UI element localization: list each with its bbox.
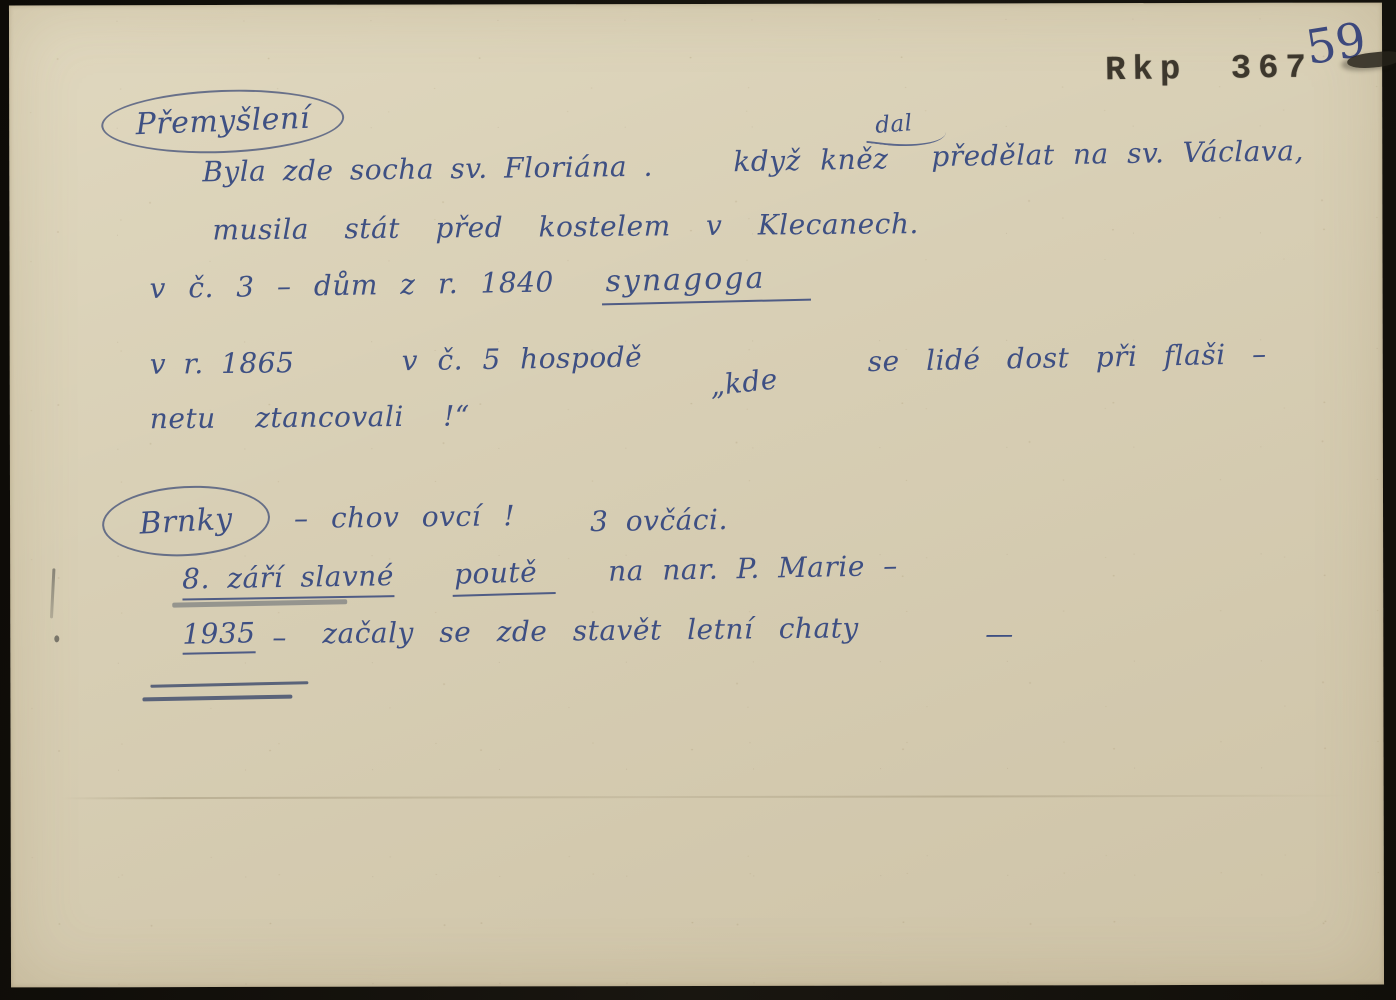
heading-premysleni: Přemyšlení xyxy=(135,101,311,142)
paper-crease xyxy=(61,795,1354,800)
brnky-line-3d-dash: — xyxy=(985,617,1014,650)
note-line-3b-synagoga: synagoga xyxy=(601,260,811,306)
note-line-4d: se lidé dost při flaši – xyxy=(867,337,1266,378)
brnky-line-1a: – chov ovcí ! xyxy=(294,499,516,535)
closing-underline-stroke-1 xyxy=(150,681,308,688)
brnky-line-2a: 8. září slavné xyxy=(182,559,394,600)
heading-ellipse-brnky: Brnky xyxy=(100,482,272,561)
note-line-4a: v r. 1865 xyxy=(150,346,295,381)
note-line-1a: Byla zde socha sv. Floriána . xyxy=(202,150,653,189)
note-line-5: netu ztancovali !“ xyxy=(150,399,470,435)
brnky-line-1b: 3 ovčáci. xyxy=(590,503,728,538)
underline-stroke-pencil xyxy=(172,599,347,607)
closing-underline-stroke-2 xyxy=(142,695,292,702)
heading-ellipse-premysleni: Přemyšlení xyxy=(100,86,345,158)
scanned-page: 59 Rkp 367 Přemyšlení Byla zde socha sv.… xyxy=(0,0,1396,1000)
brnky-line-2b: poutě xyxy=(452,555,556,597)
margin-exclamation-dot xyxy=(54,635,59,642)
note-line-3a: v č. 3 – dům z r. 1840 xyxy=(149,265,554,304)
note-line-1b: když kněz xyxy=(733,142,889,178)
note-line-4b: v č. 5 hospodě xyxy=(401,340,642,377)
note-line-4c-quote-open: „kde xyxy=(708,362,779,402)
manuscript-stamp: Rkp 367 xyxy=(1105,50,1313,91)
heading-brnky: Brnky xyxy=(138,501,233,541)
brnky-line-3a-year: 1935 xyxy=(182,616,256,654)
note-line-1c: předělat na sv. Václava, xyxy=(931,134,1304,173)
archive-card-paper: 59 Rkp 367 Přemyšlení Byla zde socha sv.… xyxy=(9,3,1384,988)
brnky-line-3b-dash: – xyxy=(272,621,287,654)
brnky-line-3c: začaly se zde stavět letní chaty xyxy=(322,611,859,650)
note-line-2: musila stát před kostelem v Klecanech. xyxy=(212,207,919,246)
margin-exclamation-mark xyxy=(50,568,56,618)
brnky-line-2c: na nar. P. Marie – xyxy=(608,549,898,588)
